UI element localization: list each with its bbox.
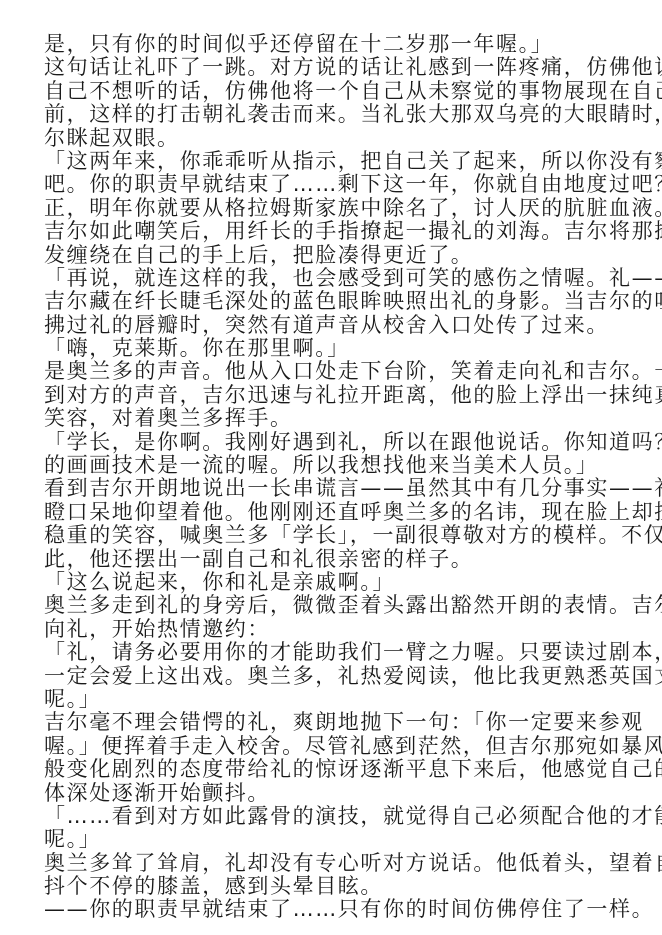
text-line: 这句话让礼吓了一跳。对方说的话让礼感到一阵疼痛，仿佛他说了 <box>44 56 644 79</box>
text-line: 此，他还摆出一副自己和礼很亲密的样子。 <box>44 548 644 571</box>
text-line: 向礼，开始热情邀约： <box>44 618 644 641</box>
text-line: 正，明年你就要从格拉姆斯家族中除名了，讨人厌的肮脏血液。」 <box>44 197 644 220</box>
text-line: 「……看到对方如此露骨的演技，就觉得自己必须配合他的才能 <box>44 805 644 828</box>
text-line: ——你的职责早就结束了……只有你的时间仿佛停住了一样。 <box>44 898 644 921</box>
text-line: 般变化剧烈的态度带给礼的惊讶逐渐平息下来后，他感觉自己的身 <box>44 758 644 781</box>
text-line: 一定会爱上这出戏。奥兰多，礼热爱阅读，他比我更熟悉英国文学 <box>44 665 644 688</box>
text-line: 尔眯起双眼。 <box>44 127 644 150</box>
text-line: 呢。」 <box>44 828 644 851</box>
document-page: 是，只有你的时间似乎还停留在十二岁那一年喔。」 这句话让礼吓了一跳。对方说的话让… <box>44 33 644 922</box>
text-line: 拂过礼的唇瓣时，突然有道声音从校舍入口处传了过来。 <box>44 314 644 337</box>
text-line: 「这两年来，你乖乖听从指示，把自己关了起来，所以你没有察觉 <box>44 150 644 173</box>
text-line: 抖个不停的膝盖，感到头晕目眩。 <box>44 875 644 898</box>
text-line: 体深处逐渐开始颤抖。 <box>44 782 644 805</box>
text-line: 自己不想听的话，仿佛他将一个自己从未察觉的事物展现在自己面 <box>44 80 644 103</box>
text-line: 笑容，对着奥兰多挥手。 <box>44 407 644 430</box>
text-line: 前，这样的打击朝礼袭击而来。当礼张大那双乌亮的大眼睛时，吉 <box>44 103 644 126</box>
text-line: 发缠绕在自己的手上后，把脸凑得更近了。 <box>44 244 644 267</box>
text-line: 到对方的声音，吉尔迅速与礼拉开距离，他的脸上浮出一抹纯真的 <box>44 384 644 407</box>
text-line: 吉尔毫不理会错愕的礼，爽朗地抛下一句：「你一定要来参观 <box>44 711 644 734</box>
text-line: 「嗨，克莱斯。你在那里啊。」 <box>44 337 644 360</box>
text-line: 是奥兰多的声音。他从入口处走下台阶，笑着走向礼和吉尔。一听 <box>44 360 644 383</box>
text-line: 的画画技术是一流的喔。所以我想找他来当美术人员。」 <box>44 454 644 477</box>
text-line: 呢。」 <box>44 688 644 711</box>
text-line: 「再说，就连这样的我，也会感受到可笑的感伤之情喔。礼——」 <box>44 267 644 290</box>
text-line: 是，只有你的时间似乎还停留在十二岁那一年喔。」 <box>44 33 644 56</box>
text-line: 稳重的笑容，喊奥兰多「学长」，一副很尊敬对方的模样。不仅如 <box>44 524 644 547</box>
text-line: 奥兰多走到礼的身旁后，微微歪着头露出豁然开朗的表情。吉尔面 <box>44 594 644 617</box>
text-line: 奥兰多耸了耸肩，礼却没有专心听对方说话。他低着头，望着自己 <box>44 852 644 875</box>
text-line: 瞪口呆地仰望着他。他刚刚还直呼奥兰多的名讳，现在脸上却挂着 <box>44 501 644 524</box>
text-line: 看到吉尔开朗地说出一长串谎言——虽然其中有几分事实——礼目 <box>44 477 644 500</box>
text-line: 「礼，请务必要用你的才能助我们一臂之力喔。只要读过剧本，你 <box>44 641 644 664</box>
text-line: 喔。」便挥着手走入校舍。尽管礼感到茫然，但吉尔那宛如暴风雨 <box>44 735 644 758</box>
text-line: 吉尔如此嘲笑后，用纤长的手指撩起一撮礼的刘海。吉尔将那撮头 <box>44 220 644 243</box>
text-line: 吧。你的职责早就结束了……剩下这一年，你就自由地度过吧？反 <box>44 173 644 196</box>
text-line: 吉尔藏在纤长睫毛深处的蓝色眼眸映照出礼的身影。当吉尔的吐息 <box>44 290 644 313</box>
text-line: 「学长，是你啊。我刚好遇到礼，所以在跟他说话。你知道吗？礼 <box>44 431 644 454</box>
text-line: 「这么说起来，你和礼是亲戚啊。」 <box>44 571 644 594</box>
